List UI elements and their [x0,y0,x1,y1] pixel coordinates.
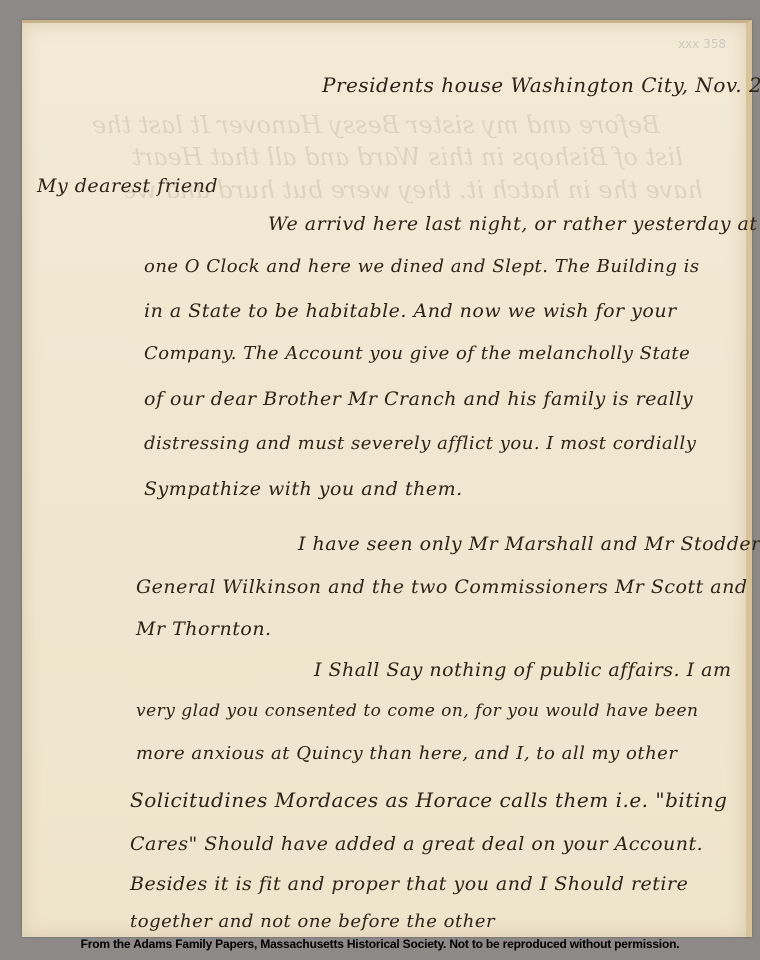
letter-line: Cares" Should have added a great deal on… [130,833,703,855]
letter-line: We arrivd here last night, or rather yes… [268,213,758,235]
salutation: My dearest friend [37,175,218,197]
letter-line: very glad you consented to come on, for … [136,701,698,721]
letter-line: in a State to be habitable. And now we w… [144,300,677,322]
bleed-through-text: list of Bishops in this Ward and all tha… [132,143,683,171]
bleed-through-text: Before and my sister Bessy Hanover It la… [92,111,660,139]
letter-line: of our dear Brother Mr Cranch and his fa… [144,388,693,410]
letter-line: one O Clock and here we dined and Slept.… [144,256,700,277]
letter-page: xxx 358 Before and my sister Bessy Hanov… [22,20,752,937]
letter-line: Besides it is fit and proper that you an… [130,873,688,895]
letter-line: together and not one before the other [130,911,495,932]
letter-line: Company. The Account you give of the mel… [144,343,690,364]
letter-line: I have seen only Mr Marshall and Mr Stod… [298,533,760,555]
permission-caption: From the Adams Family Papers, Massachuse… [0,937,760,951]
letter-line: Mr Thornton. [136,618,272,640]
letter-line: more anxious at Quincy than here, and I,… [136,743,677,764]
letter-line: I Shall Say nothing of public affairs. I… [314,659,732,681]
letter-line: General Wilkinson and the two Commission… [136,576,748,598]
letter-heading: Presidents house Washington City, Nov. 2… [322,73,760,97]
letter-line: Sympathize with you and them. [144,478,463,500]
letter-line: distressing and must severely afflict yo… [144,433,696,454]
letter-line: Solicitudines Mordaces as Horace calls t… [130,788,727,812]
archival-pencil-mark: xxx 358 [678,37,726,51]
